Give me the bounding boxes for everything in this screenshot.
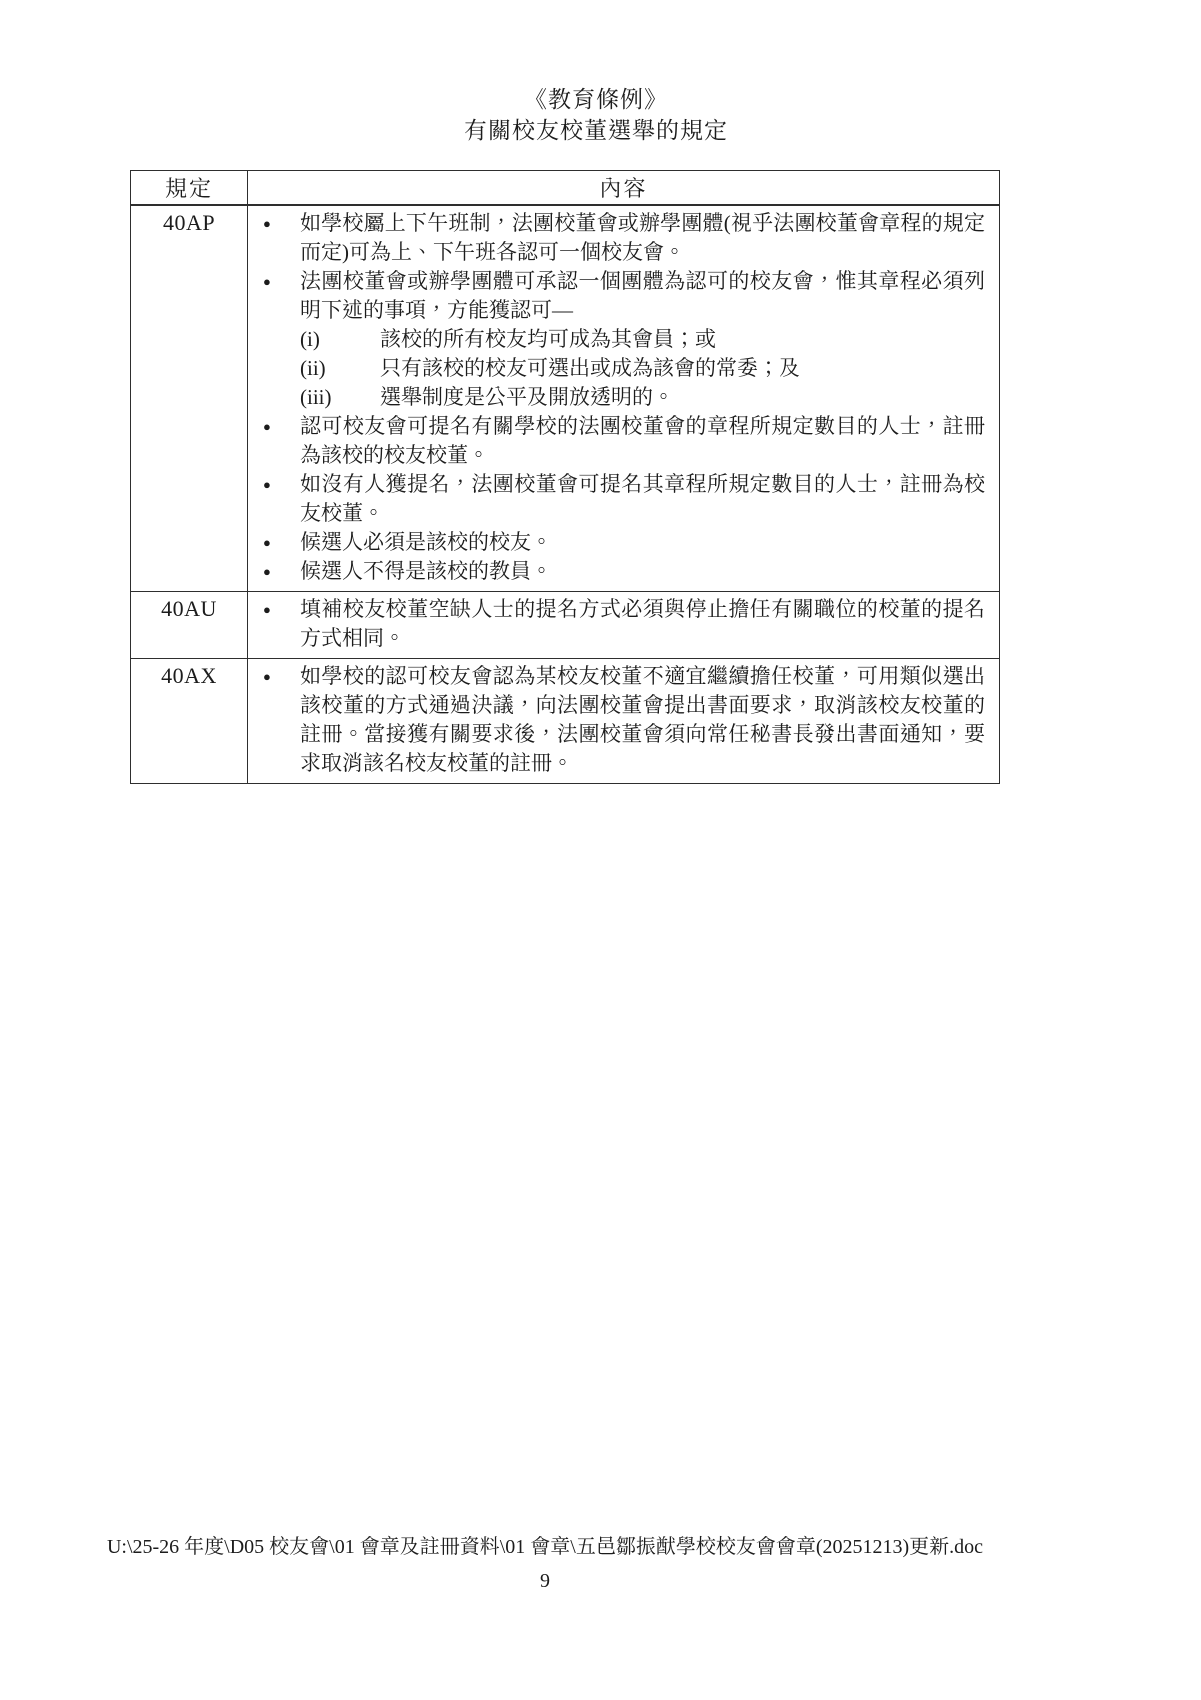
list-item: ● 填補校友校董空缺人士的提名方式必須與停止擔任有關職位的校董的提名方式相同。 bbox=[260, 595, 985, 653]
list-item: ● 如沒有人獲提名，法團校董會可提名其章程所規定數目的人士，註冊為校友校董。 bbox=[260, 470, 985, 528]
regulation-content: ● 填補校友校董空缺人士的提名方式必須與停止擔任有關職位的校董的提名方式相同。 bbox=[248, 592, 1000, 659]
list-item: ● 認可校友會可提名有關學校的法團校董會的章程所規定數目的人士，註冊為該校的校友… bbox=[260, 412, 985, 470]
list-item: ● 如學校屬上下午班制，法團校董會或辦學團體(視乎法團校董會章程的規定而定)可為… bbox=[260, 209, 985, 267]
document-page: 《教育條例》 有關校友校董選舉的規定 規定 內容 40AP ● 如學校屬上下午班… bbox=[0, 0, 1201, 1700]
list-subitem: (iii) 選舉制度是公平及開放透明的。 bbox=[260, 383, 985, 412]
list-item-text: 如學校屬上下午班制，法團校董會或辦學團體(視乎法團校董會章程的規定而定)可為上、… bbox=[300, 209, 985, 267]
bullet-icon: ● bbox=[260, 470, 300, 528]
table-row-40ax: 40AX ● 如學校的認可校友會認為某校友校董不適宜繼續擔任校董，可用類似選出該… bbox=[131, 659, 1000, 784]
list-item-text: 如沒有人獲提名，法團校董會可提名其章程所規定數目的人士，註冊為校友校董。 bbox=[300, 470, 985, 528]
page-number: 9 bbox=[0, 1568, 1090, 1594]
subitem-text: 選舉制度是公平及開放透明的。 bbox=[380, 383, 985, 412]
list-item: ● 法團校董會或辦學團體可承認一個團體為認可的校友會，惟其章程必須列明下述的事項… bbox=[260, 267, 985, 325]
list-item-text: 候選人不得是該校的教員。 bbox=[300, 557, 985, 586]
regulation-content: ● 如學校屬上下午班制，法團校董會或辦學團體(視乎法團校董會章程的規定而定)可為… bbox=[248, 205, 1000, 592]
list-item-text: 填補校友校董空缺人士的提名方式必須與停止擔任有關職位的校董的提名方式相同。 bbox=[300, 595, 985, 653]
subitem-label: (i) bbox=[300, 325, 380, 354]
regulation-code: 40AX bbox=[131, 659, 248, 784]
list-item-text: 法團校董會或辦學團體可承認一個團體為認可的校友會，惟其章程必須列明下述的事項，方… bbox=[300, 267, 985, 325]
subitem-text: 該校的所有校友均可成為其會員；或 bbox=[380, 325, 985, 354]
regulation-code: 40AU bbox=[131, 592, 248, 659]
header-content: 內容 bbox=[248, 171, 1000, 206]
bullet-icon: ● bbox=[260, 528, 300, 557]
bullet-icon: ● bbox=[260, 557, 300, 586]
subitem-label: (ii) bbox=[300, 354, 380, 383]
subitem-label: (iii) bbox=[300, 383, 380, 412]
table-header-row: 規定 內容 bbox=[131, 171, 1000, 206]
bullet-icon: ● bbox=[260, 209, 300, 267]
page-subtitle: 有關校友校董選舉的規定 bbox=[0, 115, 1192, 146]
bullet-icon: ● bbox=[260, 662, 300, 778]
list-item: ● 候選人不得是該校的教員。 bbox=[260, 557, 985, 586]
list-item-text: 認可校友會可提名有關學校的法團校董會的章程所規定數目的人士，註冊為該校的校友校董… bbox=[300, 412, 985, 470]
regulations-table: 規定 內容 40AP ● 如學校屬上下午班制，法團校董會或辦學團體(視乎法團校董… bbox=[130, 170, 1000, 784]
bullet-icon: ● bbox=[260, 412, 300, 470]
list-item: ● 如學校的認可校友會認為某校友校董不適宜繼續擔任校董，可用類似選出該校董的方式… bbox=[260, 662, 985, 778]
table-row-40au: 40AU ● 填補校友校董空缺人士的提名方式必須與停止擔任有關職位的校董的提名方… bbox=[131, 592, 1000, 659]
list-item-text: 如學校的認可校友會認為某校友校董不適宜繼續擔任校董，可用類似選出該校董的方式通過… bbox=[300, 662, 985, 778]
document-footer: U:\25-26 年度\D05 校友會\01 會章及註冊資料\01 會章\五邑鄒… bbox=[0, 1534, 1090, 1594]
regulation-content: ● 如學校的認可校友會認為某校友校董不適宜繼續擔任校董，可用類似選出該校董的方式… bbox=[248, 659, 1000, 784]
list-subitem: (i) 該校的所有校友均可成為其會員；或 bbox=[260, 325, 985, 354]
bullet-icon: ● bbox=[260, 267, 300, 325]
list-item-text: 候選人必須是該校的校友。 bbox=[300, 528, 985, 557]
list-subitem: (ii) 只有該校的校友可選出或成為該會的常委；及 bbox=[260, 354, 985, 383]
subitem-text: 只有該校的校友可選出或成為該會的常委；及 bbox=[380, 354, 985, 383]
header-regulation: 規定 bbox=[131, 171, 248, 206]
footer-file-path: U:\25-26 年度\D05 校友會\01 會章及註冊資料\01 會章\五邑鄒… bbox=[0, 1534, 1090, 1560]
page-title: 《教育條例》 bbox=[0, 84, 1192, 115]
document-header: 《教育條例》 有關校友校董選舉的規定 bbox=[0, 84, 1192, 146]
table-row-40ap: 40AP ● 如學校屬上下午班制，法團校董會或辦學團體(視乎法團校董會章程的規定… bbox=[131, 205, 1000, 592]
list-item: ● 候選人必須是該校的校友。 bbox=[260, 528, 985, 557]
bullet-icon: ● bbox=[260, 595, 300, 653]
regulation-code: 40AP bbox=[131, 205, 248, 592]
